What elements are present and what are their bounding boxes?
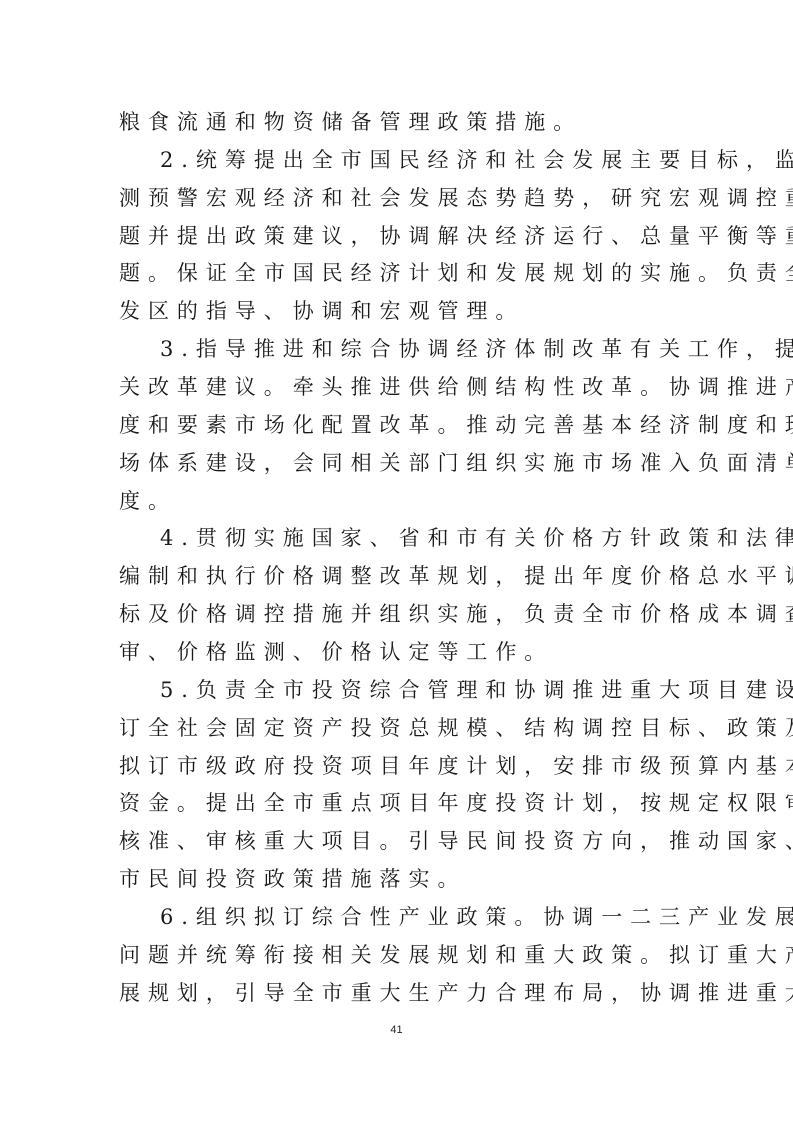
- page-number: 41: [0, 1024, 793, 1036]
- paragraph-item-3: 3.指导推进和综合协调经济体制改革有关工作，提出相 关改革建议。牵头推进供给侧结…: [119, 331, 675, 520]
- text-line: 市民间投资政策措施落实。: [119, 861, 675, 899]
- text-line: 问题并统筹衔接相关发展规划和重大政策。拟订重大产业发: [119, 937, 675, 975]
- text-line: 5.负责全市投资综合管理和协调推进重大项目建设，拟: [119, 672, 675, 710]
- text-line: 测预警宏观经济和社会发展态势趋势，研究宏观调控重大问: [119, 180, 675, 218]
- paragraph-item-5: 5.负责全市投资综合管理和协调推进重大项目建设，拟 订全社会固定资产投资总规模、…: [119, 672, 675, 899]
- text-line: 6.组织拟订综合性产业政策。协调一二三产业发展重大: [119, 899, 675, 937]
- text-line: 订全社会固定资产投资总规模、结构调控目标、政策及措施，: [119, 710, 675, 748]
- paragraph-item-6: 6.组织拟订综合性产业政策。协调一二三产业发展重大 问题并统筹衔接相关发展规划和…: [119, 899, 675, 1013]
- text-line: 展规划，引导全市重大生产力合理布局，协调推进重大基础: [119, 975, 675, 1013]
- text-line: 标及价格调控措施并组织实施，负责全市价格成本调查监: [119, 596, 675, 634]
- text-line: 度。: [119, 483, 675, 521]
- text-line: 编制和执行价格调整改革规划，提出年度价格总水平调控目: [119, 558, 675, 596]
- text-line: 3.指导推进和综合协调经济体制改革有关工作，提出相: [119, 331, 675, 369]
- text-line: 题。保证全市国民经济计划和发展规划的实施。负责全市开: [119, 255, 675, 293]
- text-line: 2.统筹提出全市国民经济和社会发展主要目标，监测预: [119, 142, 675, 180]
- text-line: 资金。提出全市重点项目年度投资计划，按规定权限审批、: [119, 785, 675, 823]
- text-line: 核准、审核重大项目。引导民间投资方向，推动国家、省和: [119, 823, 675, 861]
- paragraph-item-2: 2.统筹提出全市国民经济和社会发展主要目标，监测预 测预警宏观经济和社会发展态势…: [119, 142, 675, 331]
- text-line: 度和要素市场化配置改革。推动完善基本经济制度和现代市: [119, 407, 675, 445]
- text-line: 审、价格监测、价格认定等工作。: [119, 634, 675, 672]
- text-line: 发区的指导、协调和宏观管理。: [119, 293, 675, 331]
- paragraph-continuation: 粮食流通和物资储备管理政策措施。: [119, 104, 675, 142]
- text-line: 4.贯彻实施国家、省和市有关价格方针政策和法律法规，: [119, 520, 675, 558]
- text-line: 粮食流通和物资储备管理政策措施。: [119, 104, 675, 142]
- text-line: 拟订市级政府投资项目年度计划，安排市级预算内基本建设: [119, 748, 675, 786]
- text-line: 场体系建设，会同相关部门组织实施市场准入负面清单制: [119, 445, 675, 483]
- text-line: 题并提出政策建议，协调解决经济运行、总量平衡等重大问: [119, 218, 675, 256]
- body-text: 粮食流通和物资储备管理政策措施。 2.统筹提出全市国民经济和社会发展主要目标，监…: [119, 104, 675, 1013]
- document-page: 粮食流通和物资储备管理政策措施。 2.统筹提出全市国民经济和社会发展主要目标，监…: [0, 0, 793, 1122]
- paragraph-item-4: 4.贯彻实施国家、省和市有关价格方针政策和法律法规， 编制和执行价格调整改革规划…: [119, 520, 675, 671]
- text-line: 关改革建议。牵头推进供给侧结构性改革。协调推进产权制: [119, 369, 675, 407]
